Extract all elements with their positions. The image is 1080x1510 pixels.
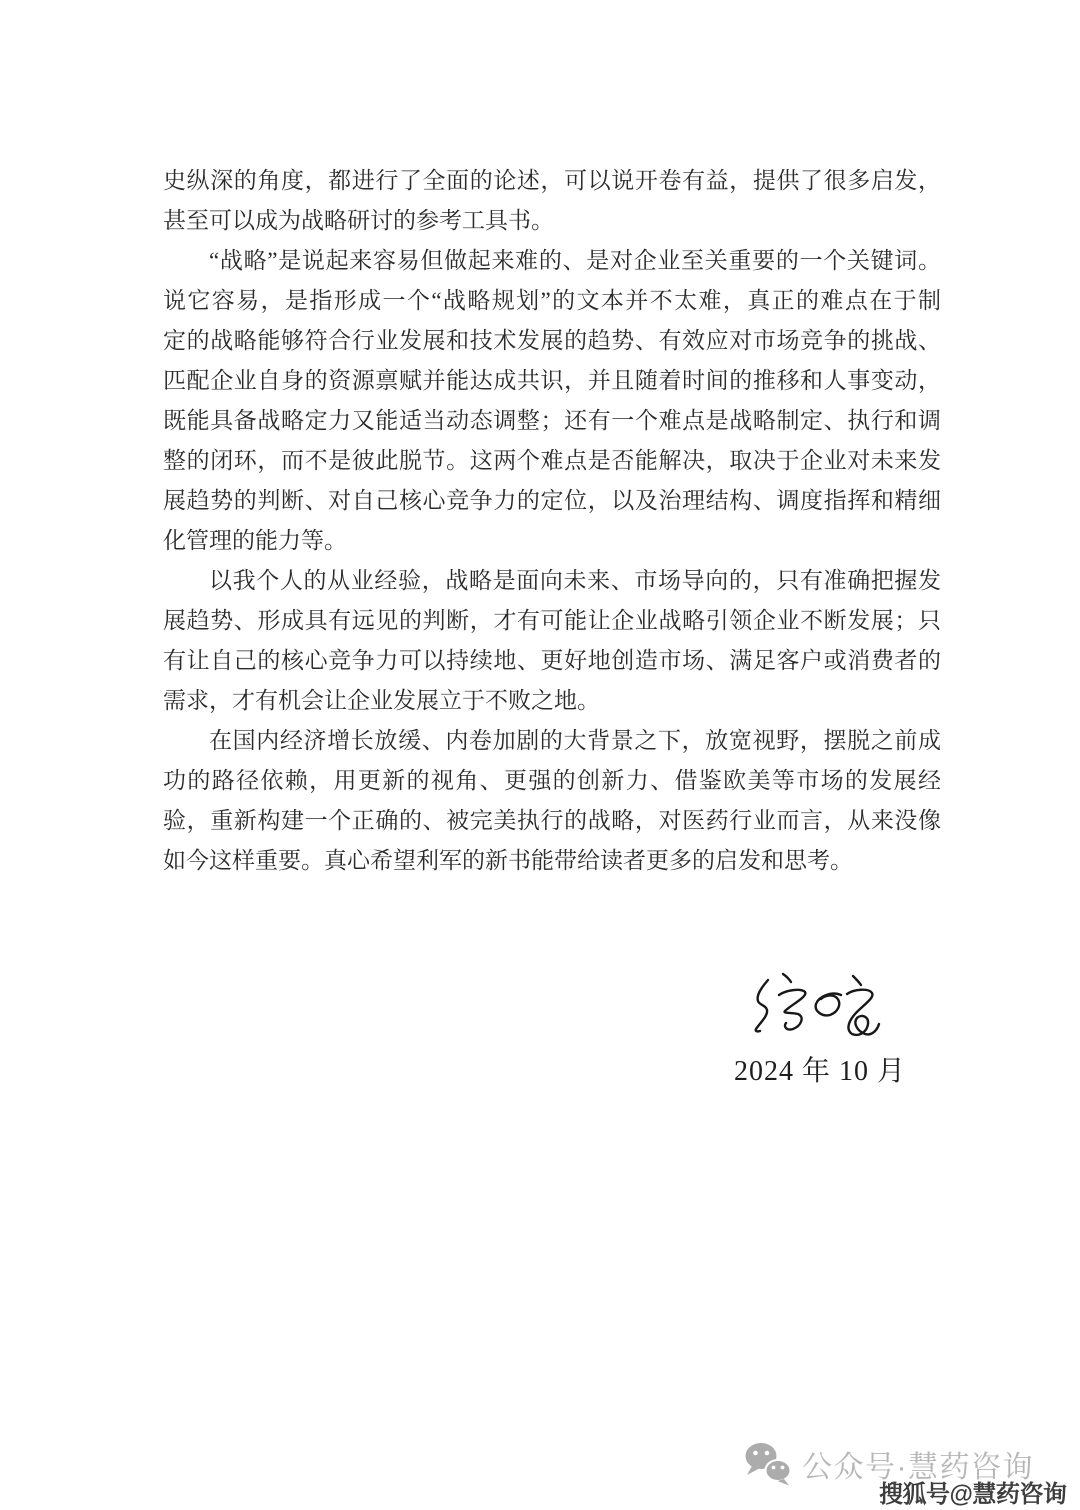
text-line: 既能具备战略定力又能适当动态调整；还有一个难点是战略制定、执行和调 [163,401,941,441]
date-line: 2024 年 10 月 [734,1049,906,1089]
text-line: 验，重新构建一个正确的、被完美执行的战略，对医药行业而言，从来没像 [163,801,941,841]
text-line: 甚至可以成为战略研讨的参考工具书。 [163,201,941,241]
text-line: “战略”是说起来容易但做起来难的、是对企业至关重要的一个关键词。 [163,241,941,281]
signature-stroke [816,994,841,1016]
signature-stroke [756,980,768,1031]
text-line: 在国内经济增长放缓、内卷加剧的大背景之下，放宽视野，摆脱之前成 [163,721,941,761]
signature-stroke [853,976,861,985]
text-line: 功的路径依赖，用更新的视角、更强的创新力、借鉴欧美等市场的发展经 [163,761,941,801]
text-line: 定的战略能够符合行业发展和技术发展的趋势、有效应对市场竞争的挑战、 [163,321,941,361]
text-line: 如今这样重要。真心希望利军的新书能带给读者更多的启发和思考。 [163,841,941,881]
signature-stroke [783,974,791,982]
signature-stroke [779,990,805,1030]
body-text: 史纵深的角度，都进行了全面的论述，可以说开卷有益，提供了很多启发，甚至可以成为战… [163,161,941,881]
text-line: 需求，才有机会让企业发展立于不败之地。 [163,681,941,721]
text-line: 展趋势的判断、对自己核心竞争力的定位，以及治理结构、调度指挥和精细 [163,481,941,521]
sohu-account-label: 搜狐号@慧药咨询 [879,1474,1066,1509]
text-line: 展趋势、形成具有远见的判断，才有可能让企业战略引领企业不断发展；只 [163,601,941,641]
text-line: 整的闭环，而不是彼此脱节。这两个难点是否能解决，取决于企业对未来发 [163,441,941,481]
text-line: 史纵深的角度，都进行了全面的论述，可以说开卷有益，提供了很多启发， [163,161,941,201]
handwritten-signature [735,963,915,1043]
document-page: 史纵深的角度，都进行了全面的论述，可以说开卷有益，提供了很多启发，甚至可以成为战… [0,0,1080,1510]
signature-stroke [847,990,879,1035]
wechat-icon [744,1442,792,1486]
text-line: 有让自己的核心竞争力可以持续地、更好地创造市场、满足客户或消费者的 [163,641,941,681]
text-line: 以我个人的从业经验，战略是面向未来、市场导向的，只有准确把握发 [163,561,941,601]
text-line: 匹配企业自身的资源禀赋并能达成共识，并且随着时间的推移和人事变动， [163,361,941,401]
text-line: 说它容易，是指形成一个“战略规划”的文本并不太难，真正的难点在于制 [163,281,941,321]
text-line: 化管理的能力等。 [163,521,941,561]
